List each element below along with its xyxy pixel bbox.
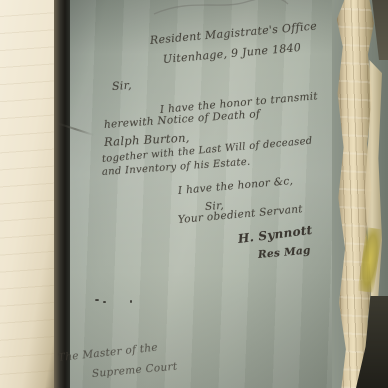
photographed-letter-page: Resident Magistrate's Office Uitenhage, … bbox=[0, 0, 388, 388]
left-page-edge bbox=[0, 0, 60, 388]
salutation: Sir, bbox=[112, 79, 133, 93]
ink-speck bbox=[130, 300, 132, 303]
pencil-flourish-mark bbox=[150, 0, 290, 18]
ink-speck bbox=[95, 299, 99, 301]
ink-speck bbox=[103, 301, 106, 303]
